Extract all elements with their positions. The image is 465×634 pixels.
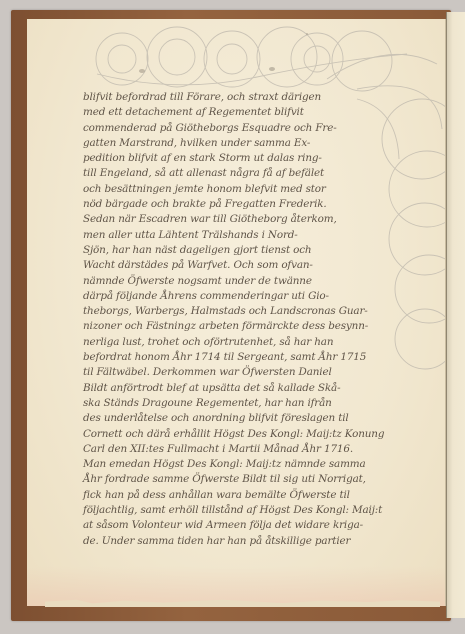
text-line: at såsom Volonteur wid Armeen följa det …	[83, 518, 413, 533]
text-line: til Fältwäbel. Derkommen war Öfwersten D…	[83, 365, 413, 380]
text-line: commenderad på Giötheborgs Esquadre och …	[83, 121, 413, 136]
text-line: till Engeland, så att allenast några få …	[83, 166, 413, 181]
manuscript-text: blifvit befordrad till Förare, och strax…	[83, 90, 413, 549]
text-line: Sedan när Escadren war till Giötheborg å…	[83, 212, 413, 227]
next-page-edge	[446, 12, 465, 618]
text-line: nerliga lust, trohet och oförtrutenhet, …	[83, 335, 413, 350]
text-line: Carl den XII:tes Fullmacht i Martii Måna…	[83, 442, 413, 457]
text-line: ska Ständs Dragoune Regementet, har han …	[83, 396, 413, 411]
text-line: de. Under samma tiden har han på åtskill…	[83, 534, 413, 549]
text-line: pedition blifvit af en stark Storm ut da…	[83, 151, 413, 166]
text-line: nöd bärgade och brakte på Fregatten Fred…	[83, 197, 413, 212]
text-line: men aller utta Lähtent Trälshands i Nord…	[83, 228, 413, 243]
text-line: därpå följande Åhrens commenderingar uti…	[83, 289, 413, 304]
text-line: befordrat honom Åhr 1714 til Sergeant, s…	[83, 350, 413, 365]
text-line: och besättningen jemte honom blefvit med…	[83, 182, 413, 197]
text-line: blifvit befordrad till Förare, och strax…	[83, 90, 413, 105]
text-line: Cornett och därå erhållit Högst Des Kong…	[83, 427, 413, 442]
text-line: med ett detachement af Regementet blifvi…	[83, 105, 413, 120]
text-line: gatten Marstrand, hvilken under samma Ex…	[83, 136, 413, 151]
text-line: följachtlig, samt erhöll tillstånd af Hö…	[83, 503, 413, 518]
text-line: Man emedan Högst Des Kongl: Maij:tz nämn…	[83, 457, 413, 472]
text-line: nämnde Öfwerste nogsamt under de twänne	[83, 274, 413, 289]
text-line: fick han på dess anhållan wara bemälte Ö…	[83, 488, 413, 503]
text-line: Sjön, har han näst dageligen gjort tiens…	[83, 243, 413, 258]
text-line: Bildt anförtrodt blef at upsätta det så …	[83, 381, 413, 396]
text-line: Åhr fordrade samme Öfwerste Bildt til si…	[83, 472, 413, 487]
text-line: Wacht därstädes på Warfvet. Och som ofva…	[83, 258, 413, 273]
text-line: des underlåtelse och anordning blifvit f…	[83, 411, 413, 426]
text-line: theborgs, Warbergs, Halmstads och Landsc…	[83, 304, 413, 319]
text-line: nizoner och Fästningz arbeten förmärckte…	[83, 319, 413, 334]
